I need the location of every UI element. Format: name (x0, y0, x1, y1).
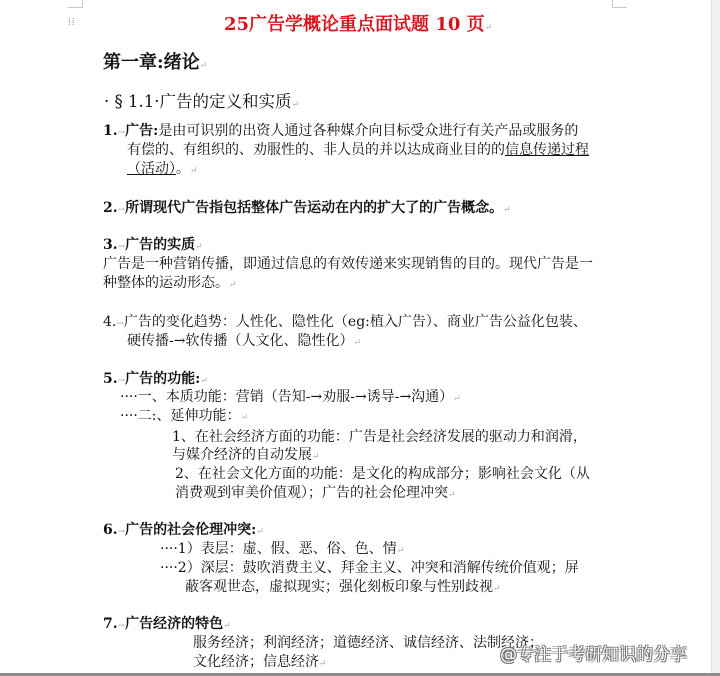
list-item-6-sub2: 蔽客观世态，虚拟现实；强化刻板印象与性别歧视↵ (185, 578, 501, 598)
window-edge (711, 0, 720, 676)
margin-corner-marker (68, 0, 83, 8)
list-item-4: 4.→广告的变化趋势：人性化、隐性化（eg:植入广告）、商业广告公益化包装、 (103, 313, 587, 333)
margin-corner-marker (612, 0, 627, 8)
list-item-6: 6.→广告的社会伦理冲突:↵ (103, 521, 264, 541)
list-item-6-sub1: ····1）表层：虚、假、恶、俗、色、情↵ (160, 540, 404, 560)
list-item-5-sub1: ····一、本质功能：营销（告知-→劝服-→诱导-→沟通）↵ (120, 388, 461, 408)
document-title: 25广告学概论重点面试题 10 页↵ (224, 16, 492, 37)
section-heading: · § 1.1·广告的定义和实质↵ (104, 93, 299, 114)
list-item-7-line2: 文化经济；信息经济↵ (193, 653, 327, 673)
list-item-5-point2: 2、在社会文化方面的功能：是文化的构成部分；影响社会文化（从 (175, 465, 590, 483)
list-item-5-point1: 1、在社会经济方面的功能：广告是社会经济发展的驱动力和润滑， (172, 428, 587, 446)
list-item-1-line3: （活动）。↵ (127, 160, 198, 180)
chapter-heading: 第一章:绪论↵ (103, 54, 207, 75)
watermark: @专注于考研知识的分享 (500, 640, 687, 665)
document-page: ⁞⁞ 25广告学概论重点面试题 10 页↵ 第一章:绪论↵ · § 1.1·广告… (0, 0, 712, 672)
list-item-3-body: 种整体的运动形态。↵ (103, 274, 237, 294)
list-item-3-body: 广告是一种营销传播，即通过信息的有效传递来实现销售的目的。现代广告是一 (103, 255, 593, 273)
list-item-7-line1: 服务经济；利润经济；道德经济、诚信经济、法制经济； (193, 634, 543, 652)
list-item-1-line2: 有偿的、有组织的、劝服性的、非人员的并以达成商业目的的信息传递过程 (127, 141, 589, 159)
list-item-3: 3.→广告的实质↵ (103, 236, 203, 256)
list-item-5-sub2: ····二:、延伸功能：↵ (120, 407, 248, 427)
list-item-1: 1.→广告:是由可识别的出资人通过各种媒介向目标受众进行有关产品或服务的 (103, 122, 578, 142)
list-item-2: 2.→所谓现代广告指包括整体广告运动在内的扩大了的广告概念。↵ (103, 199, 511, 219)
list-item-6-sub2: ····2）深层：鼓吹消费主义、拜金主义、冲突和消解传统价值观；屏 (160, 559, 579, 577)
list-item-5-point2: 消费观到审美价值观）；广告的社会伦理冲突↵ (175, 484, 456, 504)
list-item-5: 5.→广告的功能:↵ (103, 370, 208, 390)
list-item-5-point1: 与媒介经济的自动发展↵ (172, 446, 320, 466)
list-item-7: 7.→广告经济的特色↵ (103, 615, 231, 635)
drag-handle-icon[interactable]: ⁞⁞ (68, 20, 76, 25)
list-item-4-line2: 硬传播-→软传播（人文化、隐性化）↵ (127, 332, 361, 352)
